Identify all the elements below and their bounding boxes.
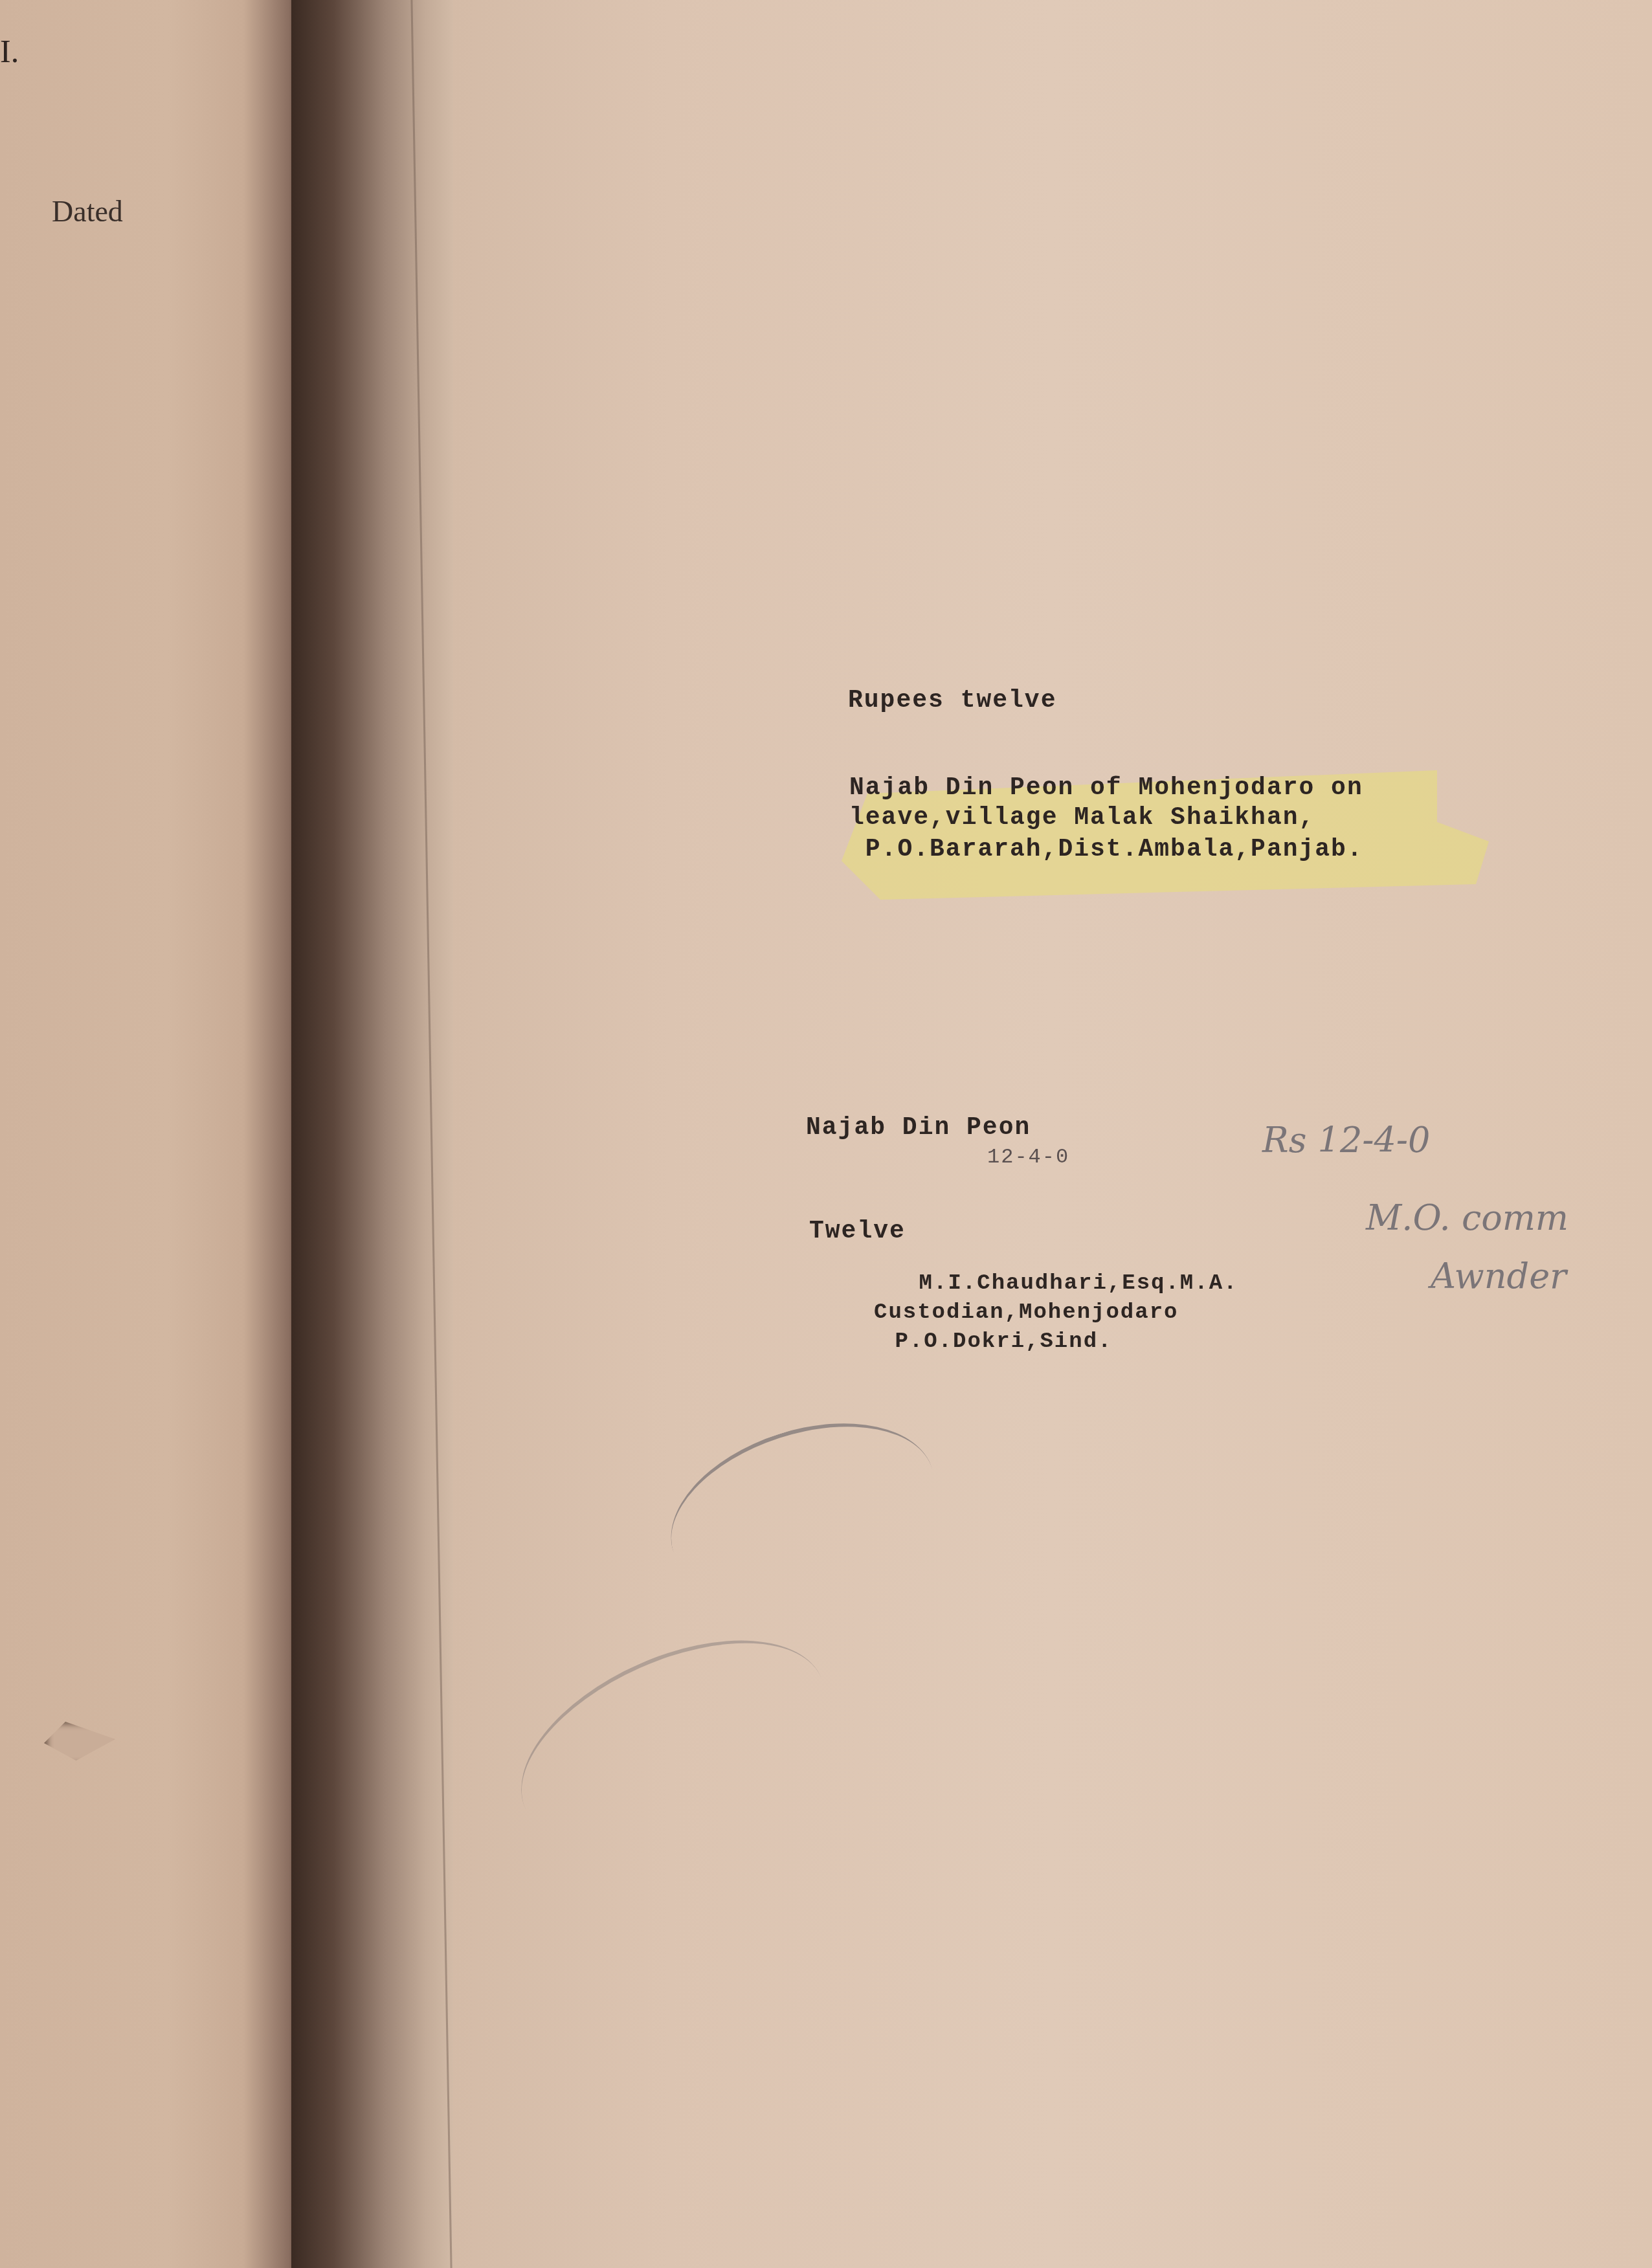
sender-line-2: Custodian,Mohenjodaro xyxy=(874,1298,1178,1328)
sender-line-3: P.O.Dokri,Sind. xyxy=(880,1327,1112,1357)
amount-figures: 12-4-0 xyxy=(987,1142,1069,1172)
amount-words: Rupees twelve xyxy=(848,686,1056,716)
handwritten-note-signature: Awnder xyxy=(1431,1256,1567,1296)
payee-name: Najab Din Peon xyxy=(806,1113,1031,1143)
money-order-page xyxy=(453,0,1652,2268)
payee-line-3: P.O.Bararah,Dist.Ambala,Panjab. xyxy=(849,835,1363,865)
stub-dated-label: Dated xyxy=(52,194,123,228)
payee-line-1: Najab Din Peon of Mohenjodaro on xyxy=(849,773,1363,803)
payee-line-2: leave,village Malak Shaikhan, xyxy=(849,803,1315,833)
sender-line-1: M.I.Chaudhari,Esq.M.A. xyxy=(861,1269,1238,1298)
handwritten-note-amount: Rs 12-4-0 xyxy=(1262,1120,1430,1161)
stub-edge-mark: I. xyxy=(0,32,19,70)
binding-gutter xyxy=(291,0,460,2268)
handwritten-note-commission: M.O. comm xyxy=(1366,1197,1568,1238)
amount-words-short: Twelve xyxy=(809,1217,906,1247)
left-stub-page xyxy=(0,0,304,2268)
